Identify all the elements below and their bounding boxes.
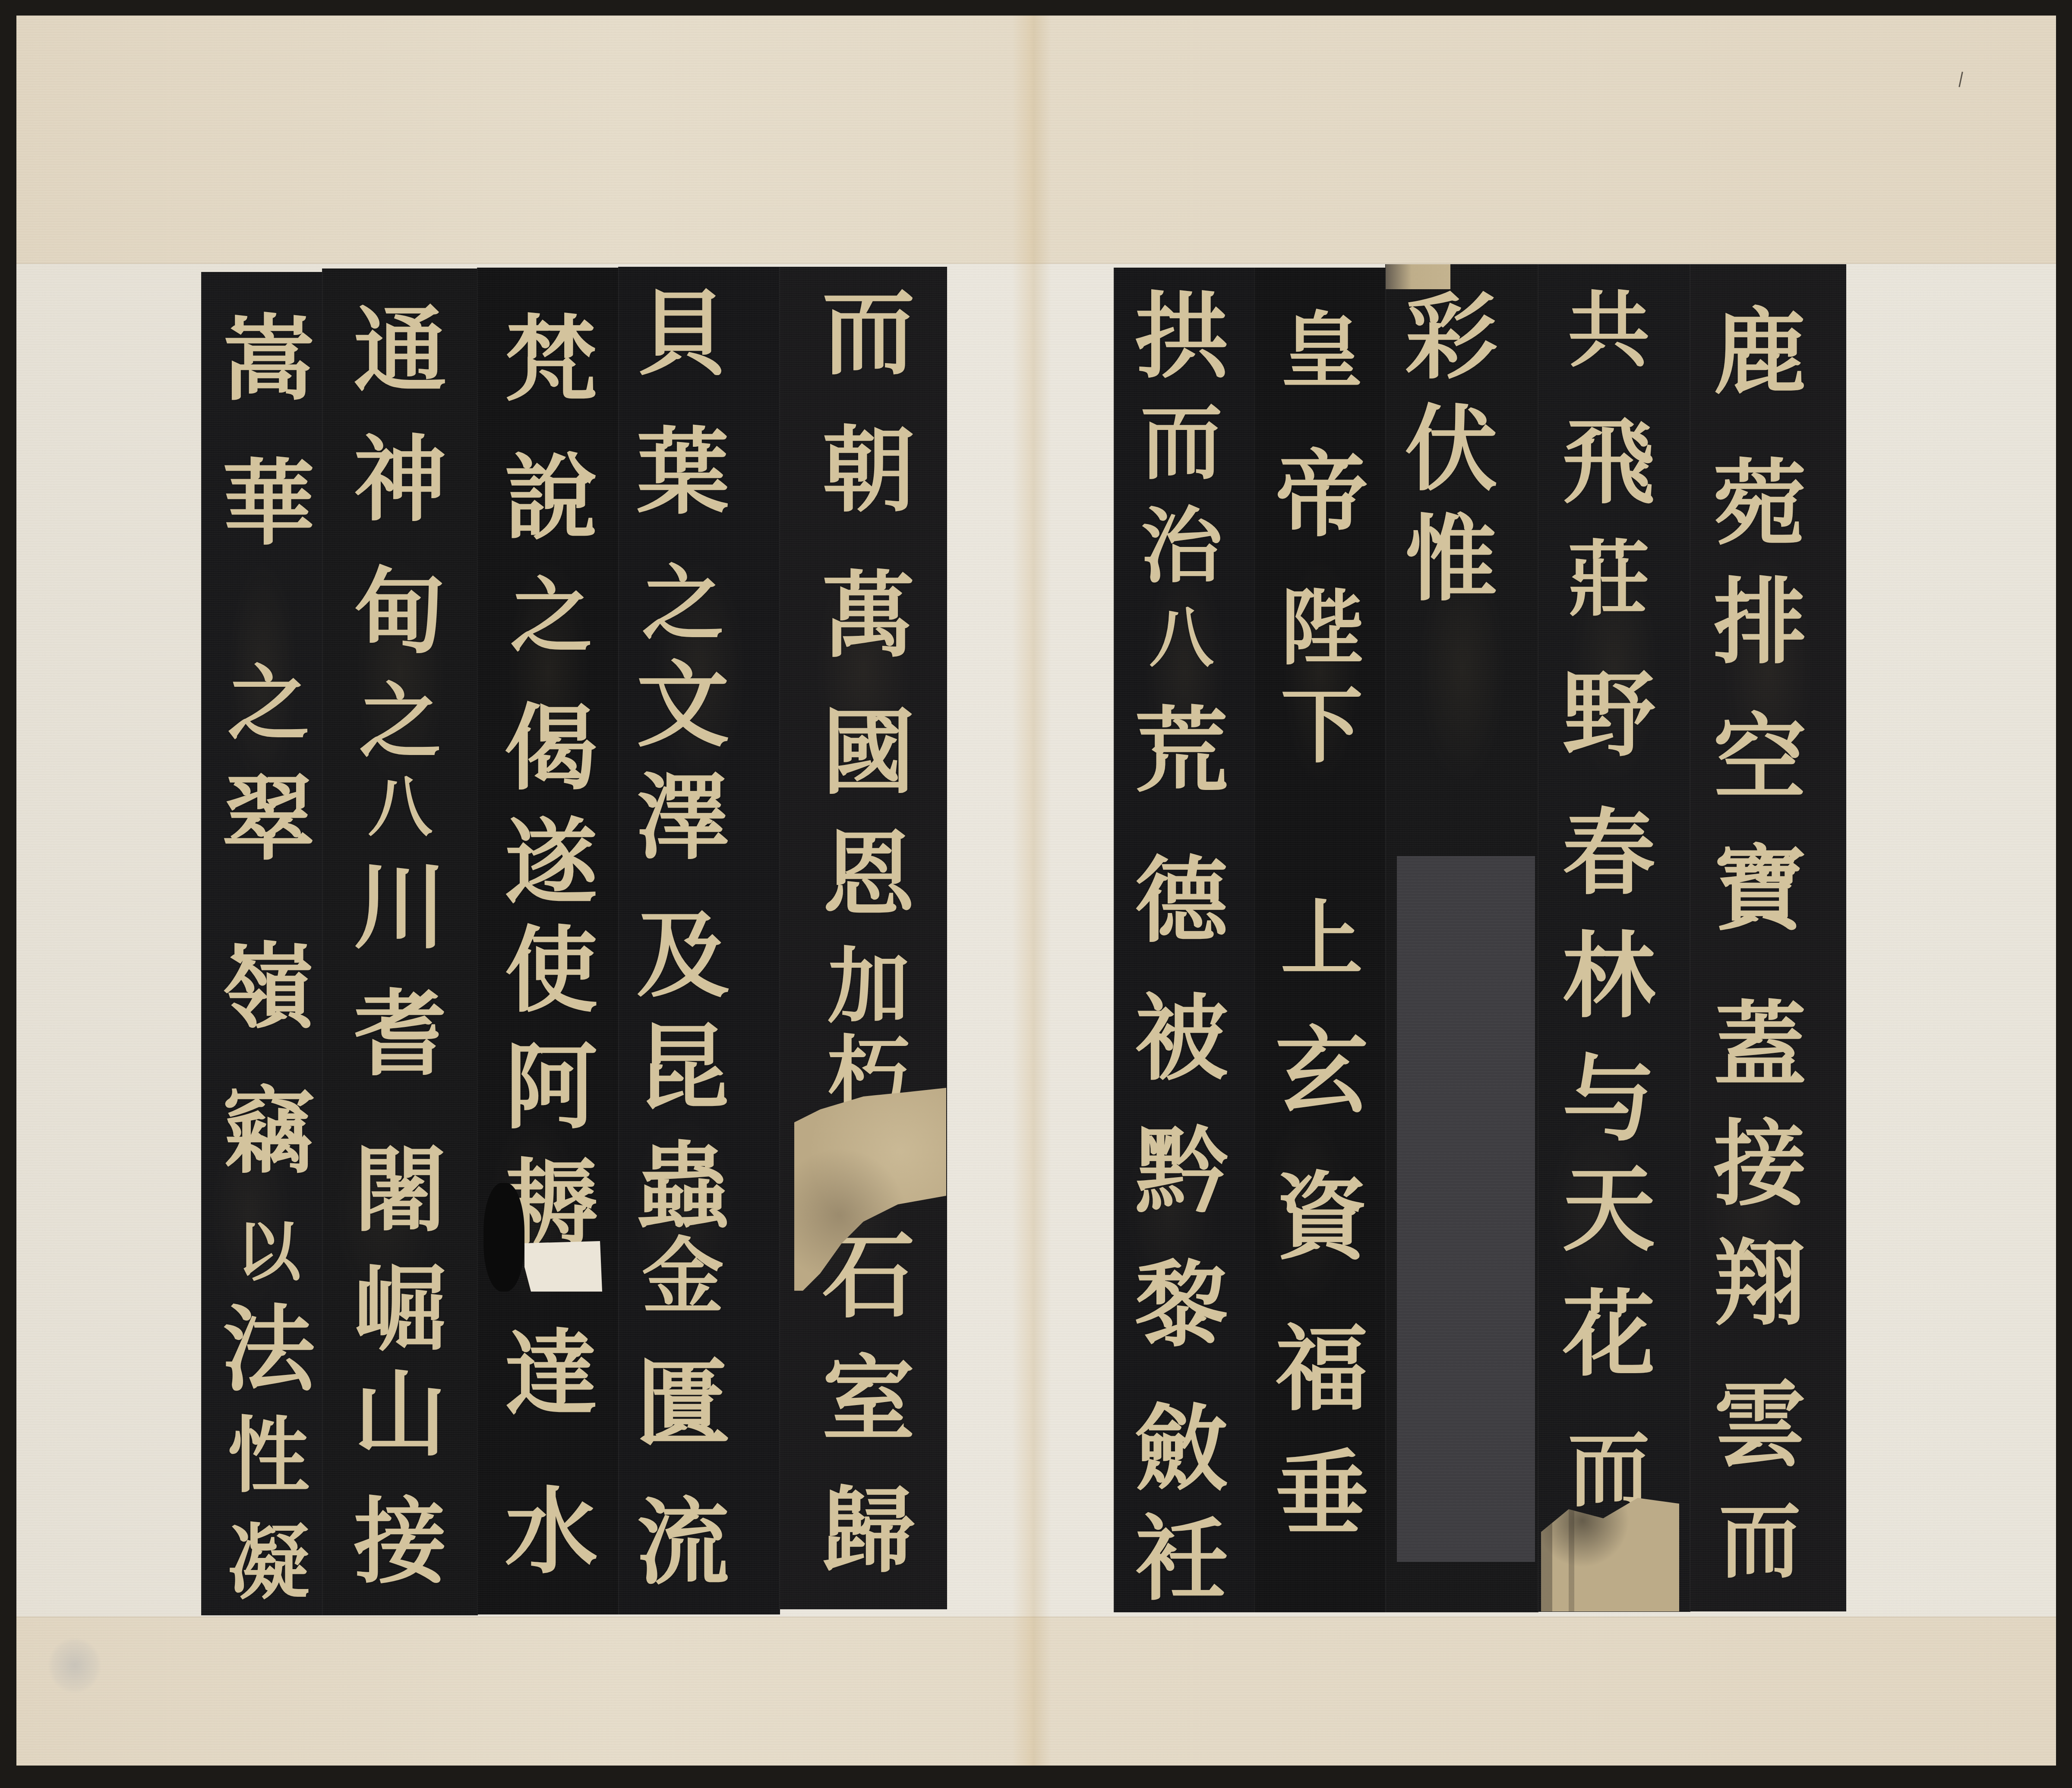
center-fold xyxy=(1012,16,1051,1766)
calligraphy-character: 川 xyxy=(354,860,447,953)
calligraphy-character: 加 xyxy=(828,945,910,1027)
calligraphy-character: 而 xyxy=(822,286,915,379)
calligraphy-character: 昆 xyxy=(637,1021,730,1114)
gray-repair-patch xyxy=(1397,856,1535,1562)
calligraphy-character: 匱 xyxy=(637,1358,730,1450)
calligraphy-character: 華 xyxy=(222,457,315,550)
calligraphy-character: 神 xyxy=(354,433,447,526)
calligraphy-character: 而 xyxy=(1140,401,1222,483)
calligraphy-character: 水 xyxy=(505,1485,598,1578)
calligraphy-character: 彩 xyxy=(1405,291,1498,383)
calligraphy-character: 遂 xyxy=(505,816,598,909)
ink-blotch xyxy=(483,1183,524,1292)
calligraphy-character: 耆 xyxy=(354,987,447,1080)
calligraphy-character: 鹿 xyxy=(1714,306,1807,398)
calligraphy-character: 天 xyxy=(1563,1163,1655,1255)
calligraphy-character: 被 xyxy=(1135,992,1228,1085)
calligraphy-character: 說 xyxy=(505,451,598,544)
calligraphy-character: 雲 xyxy=(1714,1378,1807,1471)
text-column-left-4: 通 神 甸 之 八 川 耆 闍 崛 山 接 xyxy=(322,269,478,1615)
album-spread-scan: 嵩 華 之 翠 嶺 竊 以 法 性 凝 通 神 甸 之 八 川 耆 闍 崛 山 … xyxy=(0,0,2072,1788)
calligraphy-character: 伏 xyxy=(1405,402,1498,495)
calligraphy-character: 之 xyxy=(642,562,724,644)
calligraphy-character: 衽 xyxy=(1135,1512,1228,1605)
calligraphy-character: 國 xyxy=(822,706,915,799)
calligraphy-character: 崛 xyxy=(354,1263,447,1355)
calligraphy-character: 上 xyxy=(1281,898,1363,980)
text-column-left-2: 貝 葉 之 文 澤 及 昆 蟲 金 匱 流 xyxy=(618,267,780,1614)
calligraphy-character: 梵 xyxy=(505,313,598,406)
calligraphy-character: 拱 xyxy=(1135,290,1228,382)
calligraphy-character: 与 xyxy=(1563,1052,1655,1145)
calligraphy-character: 山 xyxy=(354,1368,447,1460)
calligraphy-character: 闍 xyxy=(354,1143,447,1236)
calligraphy-character: 性 xyxy=(227,1415,310,1497)
right-page-rubbing: 拱 而 治 八 荒 德 被 黔 黎 斂 衽 皇 帝 陛 下 上 玄 資 福 垂 … xyxy=(1114,263,1845,1612)
text-column-right-5: 拱 而 治 八 荒 德 被 黔 黎 斂 衽 xyxy=(1114,268,1255,1612)
calligraphy-character: 葉 xyxy=(637,425,730,518)
calligraphy-character: 黎 xyxy=(1135,1258,1228,1351)
calligraphy-character: 朝 xyxy=(822,423,915,516)
calligraphy-character: 及 xyxy=(637,909,730,1001)
calligraphy-character: 垂 xyxy=(1276,1447,1368,1540)
calligraphy-character: 皇 xyxy=(1281,310,1363,392)
calligraphy-character: 花 xyxy=(1563,1288,1655,1380)
text-column-right-2: 共 飛 莊 野 春 林 与 天 花 而 xyxy=(1538,264,1690,1612)
calligraphy-character: 飛 xyxy=(1563,415,1655,508)
calligraphy-character: 帝 xyxy=(1276,448,1368,541)
text-column-right-4: 皇 帝 陛 下 上 玄 資 福 垂 xyxy=(1254,268,1386,1612)
faded-seal-mark xyxy=(48,1638,101,1693)
calligraphy-character: 貝 xyxy=(637,287,730,380)
calligraphy-character: 嶺 xyxy=(222,940,315,1033)
calligraphy-character: 澤 xyxy=(637,771,730,863)
calligraphy-character: 凝 xyxy=(227,1522,310,1604)
text-column-left-1: 而 朝 萬 國 恩 加 朽 石 室 歸 xyxy=(779,267,947,1609)
paper-loss-hole xyxy=(524,1241,602,1292)
calligraphy-character: 春 xyxy=(1563,806,1655,899)
calligraphy-character: 以 xyxy=(236,1219,301,1284)
calligraphy-character: 玄 xyxy=(1276,1024,1368,1117)
text-column-left-5: 嵩 華 之 翠 嶺 竊 以 法 性 凝 xyxy=(201,272,323,1615)
calligraphy-character: 德 xyxy=(1135,854,1228,947)
calligraphy-character: 達 xyxy=(505,1327,598,1420)
calligraphy-character: 接 xyxy=(354,1495,447,1588)
calligraphy-character: 八 xyxy=(1149,606,1214,670)
calligraphy-character: 流 xyxy=(637,1496,730,1589)
calligraphy-character: 八 xyxy=(368,775,433,840)
calligraphy-character: 荒 xyxy=(1135,704,1228,797)
calligraphy-character: 野 xyxy=(1563,668,1655,761)
calligraphy-character: 阿 xyxy=(505,1040,598,1133)
calligraphy-character: 林 xyxy=(1563,929,1655,1022)
calligraphy-character: 資 xyxy=(1276,1170,1368,1263)
calligraphy-character: 萬 xyxy=(822,569,915,662)
calligraphy-character: 排 xyxy=(1714,575,1807,668)
calligraphy-character: 莊 xyxy=(1568,538,1650,620)
text-column-right-1: 鹿 菀 排 空 寶 蓋 接 翔 雲 而 xyxy=(1690,264,1846,1611)
calligraphy-character: 黔 xyxy=(1135,1125,1228,1217)
calligraphy-character: 之 xyxy=(510,575,592,657)
calligraphy-character: 惟 xyxy=(1405,512,1498,605)
calligraphy-character: 文 xyxy=(637,658,730,751)
calligraphy-character: 斂 xyxy=(1135,1402,1228,1495)
left-page-rubbing: 嵩 華 之 翠 嶺 竊 以 法 性 凝 通 神 甸 之 八 川 耆 闍 崛 山 … xyxy=(201,264,946,1615)
calligraphy-character: 嵩 xyxy=(222,312,315,405)
text-column-left-3: 梵 說 之 偈 遂 使 阿 耨 達 水 xyxy=(477,268,619,1614)
calligraphy-character: 接 xyxy=(1714,1117,1807,1210)
calligraphy-character: 治 xyxy=(1140,505,1222,587)
calligraphy-character: 室 xyxy=(822,1352,915,1445)
calligraphy-character: 陛 xyxy=(1281,587,1363,669)
calligraphy-character: 翠 xyxy=(222,772,315,865)
calligraphy-character: 寶 xyxy=(1714,842,1807,935)
calligraphy-character: 竊 xyxy=(222,1085,315,1178)
calligraphy-character: 蟲 xyxy=(637,1140,730,1232)
calligraphy-character: 恩 xyxy=(822,828,915,921)
calligraphy-character: 蓋 xyxy=(1714,998,1807,1091)
calligraphy-character: 福 xyxy=(1276,1322,1368,1415)
calligraphy-character: 甸 xyxy=(354,565,447,658)
calligraphy-character: 通 xyxy=(354,303,447,396)
calligraphy-character: 翔 xyxy=(1714,1237,1807,1330)
calligraphy-character: 而 xyxy=(1719,1500,1801,1582)
calligraphy-character: 下 xyxy=(1281,685,1363,767)
calligraphy-character: 菀 xyxy=(1714,457,1807,550)
calligraphy-character: 法 xyxy=(222,1303,315,1396)
calligraphy-character: 偈 xyxy=(505,701,598,794)
calligraphy-character: 金 xyxy=(642,1235,724,1317)
calligraphy-character: 空 xyxy=(1714,711,1807,804)
calligraphy-character: 使 xyxy=(505,924,598,1017)
worn-fragment xyxy=(1386,264,1450,289)
calligraphy-character: 歸 xyxy=(822,1484,915,1577)
calligraphy-character: 之 xyxy=(359,680,441,762)
calligraphy-character: 共 xyxy=(1568,289,1650,371)
calligraphy-character: 之 xyxy=(227,663,310,745)
